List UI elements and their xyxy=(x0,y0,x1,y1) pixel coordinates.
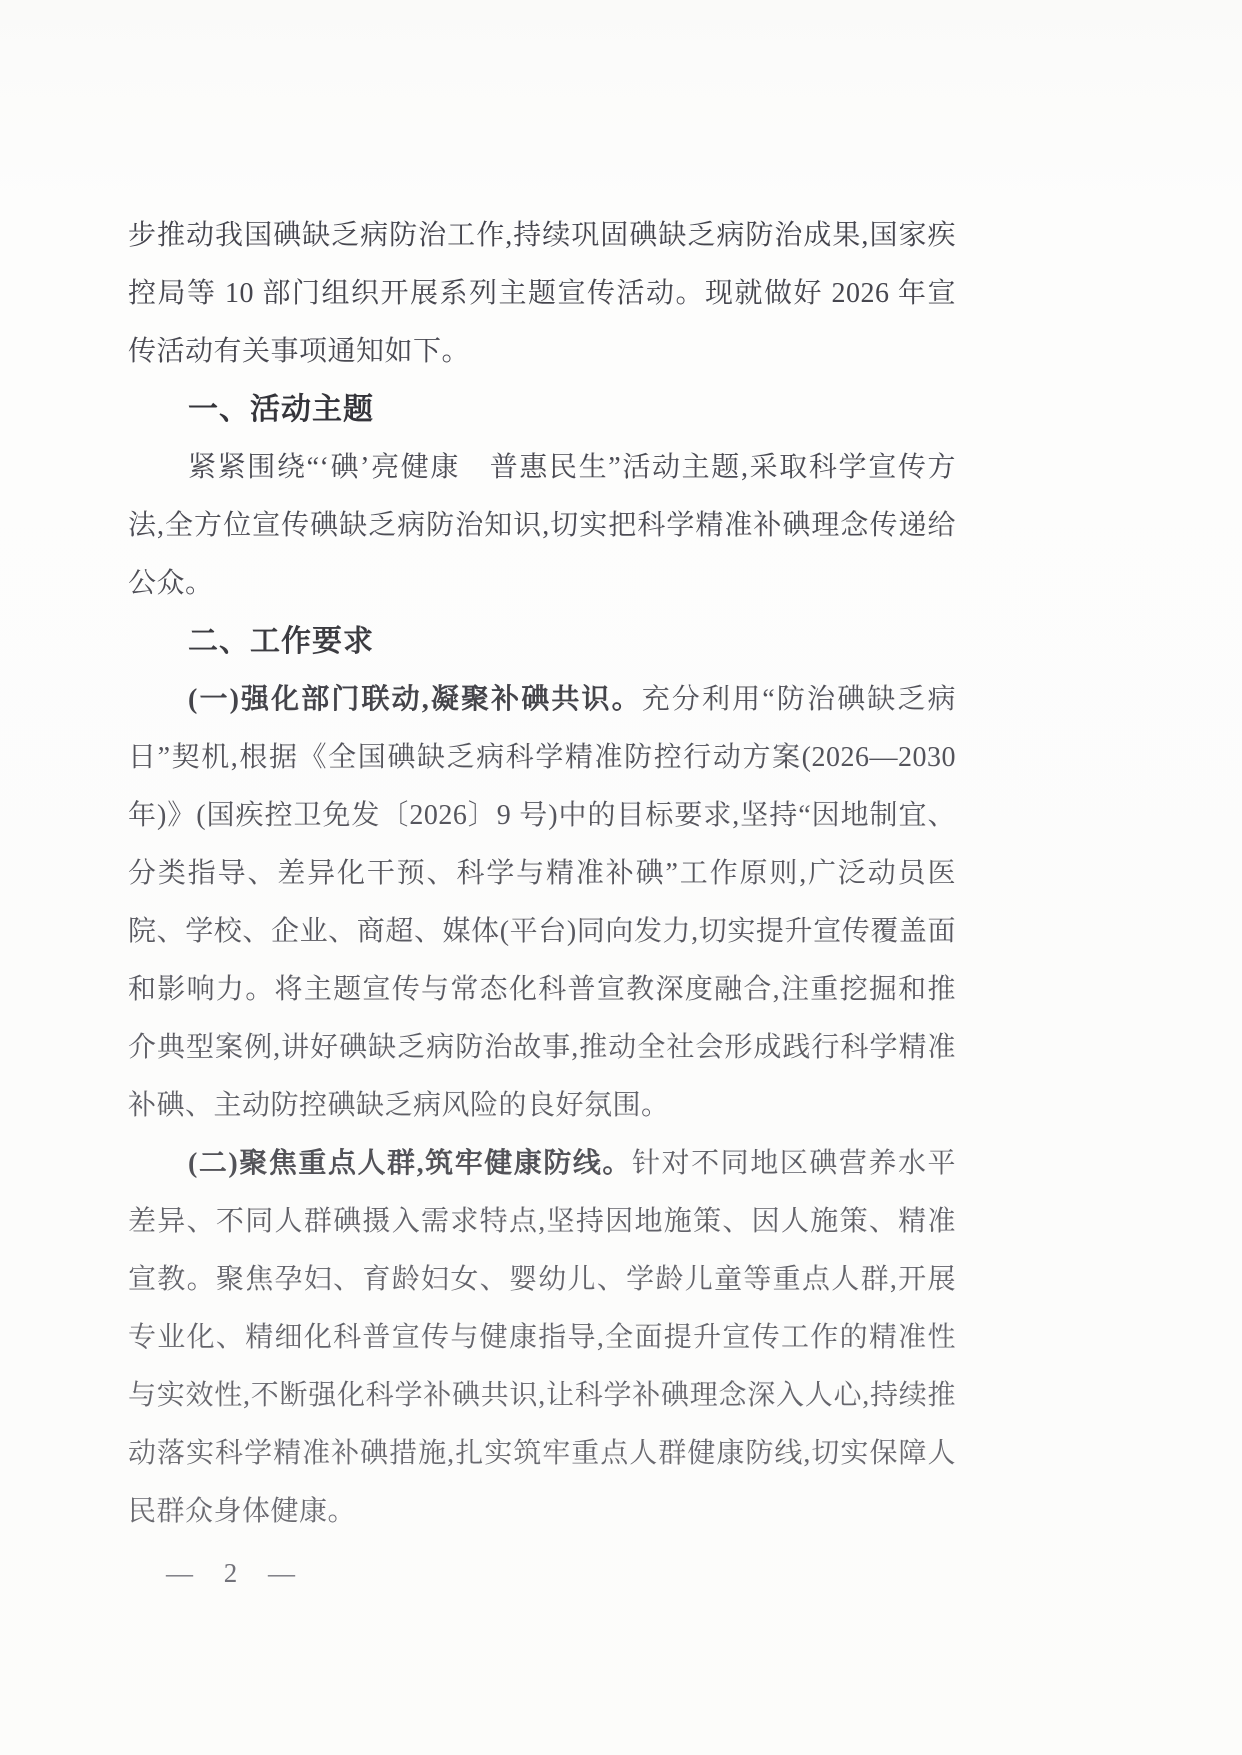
section-heading-activity-theme: 一、活动主题 xyxy=(128,381,956,439)
requirement-2-lead: (二)聚焦重点人群,筑牢健康防线。 xyxy=(188,1148,632,1179)
document-page: 步推动我国碘缺乏病防治工作,持续巩固碘缺乏病防治成果,国家疾控局等 10 部门组… xyxy=(0,0,1242,1755)
paragraph-requirement-2: (二)聚焦重点人群,筑牢健康防线。针对不同地区碘营养水平差异、不同人群碘摄入需求… xyxy=(128,1135,956,1541)
document-content: 步推动我国碘缺乏病防治工作,持续巩固碘缺乏病防治成果,国家疾控局等 10 部门组… xyxy=(128,207,956,1541)
requirement-2-text: 针对不同地区碘营养水平差异、不同人群碘摄入需求特点,坚持因地施策、因人施策、精准… xyxy=(128,1148,956,1527)
paragraph-intro-continued: 步推动我国碘缺乏病防治工作,持续巩固碘缺乏病防治成果,国家疾控局等 10 部门组… xyxy=(128,207,956,381)
requirement-1-lead: (一)强化部门联动,凝聚补碘共识。 xyxy=(188,684,642,715)
page-number: — 2 — xyxy=(166,1556,299,1590)
requirement-1-text: 充分利用“防治碘缺乏病日”契机,根据《全国碘缺乏病科学精准防控行动方案(2026… xyxy=(128,684,956,1121)
section-heading-work-requirements: 二、工作要求 xyxy=(128,613,956,671)
paragraph-requirement-1: (一)强化部门联动,凝聚补碘共识。充分利用“防治碘缺乏病日”契机,根据《全国碘缺… xyxy=(128,671,956,1135)
paragraph-activity-theme: 紧紧围绕“‘碘’亮健康 普惠民生”活动主题,采取科学宣传方法,全方位宣传碘缺乏病… xyxy=(128,439,956,613)
